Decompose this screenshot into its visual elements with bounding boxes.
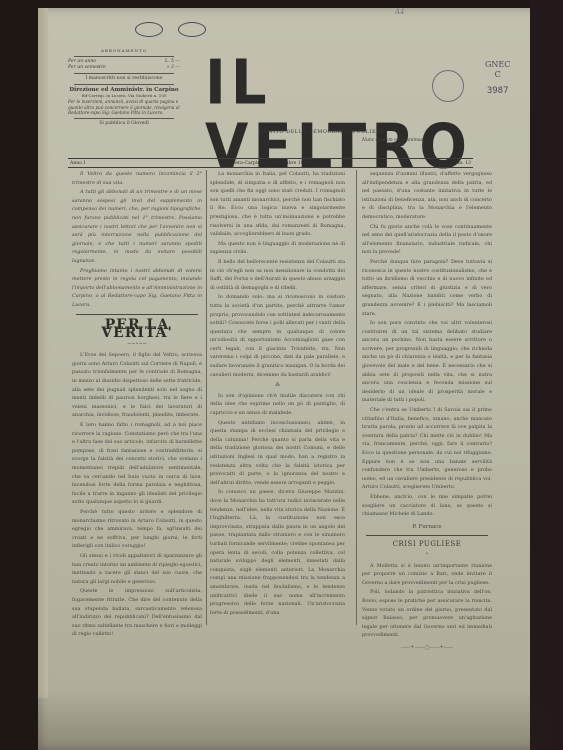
page-fold: [38, 8, 48, 698]
article-paragraph: Questo antidiano inconclusionato, ahimè,…: [210, 419, 345, 488]
place-date: Lucera-Carpino 13 Settembre 1888: [227, 161, 310, 166]
article-signature: P. Furnace: [362, 523, 492, 532]
manuscripts-note: I manoscritti non si restituiscono: [68, 76, 180, 82]
article-paragraph: Perchè dunque fare paragoni? Deve tuttav…: [362, 258, 492, 318]
page-shadow: [38, 690, 546, 750]
article-paragraph: Ebbene, anch'io, con le mie simpatie pot…: [362, 493, 492, 519]
article-paragraph: Io son d'opinione ch'è inutile discutere…: [210, 392, 345, 418]
notice-paragraph: Il Veltro da questo numero incomincia il…: [72, 170, 202, 187]
article-paragraph: Io conosco un paese, diceva Giuseppe Maz…: [210, 488, 345, 617]
library-stamp-icon: [135, 22, 163, 37]
masthead-subtitle: MONITO DELLA DEMOCRAZIA PUGLIESE: [258, 129, 384, 135]
catalog-code: GNEC: [485, 60, 510, 70]
article-paragraph: La monarchia in Italia, pel Colautti, ha…: [210, 170, 345, 239]
scan-background-edge: [530, 0, 563, 750]
end-ornament-icon: ⸺•⸺○⸺•⸺: [362, 644, 492, 653]
divider: [74, 84, 174, 85]
article-paragraph: Poli, lodando la patriottica iniziativa …: [362, 588, 492, 640]
ornament-icon: •: [362, 550, 492, 559]
divider: [76, 314, 198, 315]
article-headline: PER LA VERITA': [72, 321, 202, 338]
advertising-instructions: Per le inserzioni, annunzii, avvisi di q…: [68, 99, 180, 116]
column-rule: [206, 170, 207, 625]
article-paragraph: Perchè tutto questo ardore e splendore d…: [72, 508, 202, 551]
article-paragraph: L'Eroe del Sepoero, il figlio del Veltro…: [72, 351, 202, 420]
subscription-box: ABBONAMENTO Per un anno L. 5 — Per un se…: [68, 48, 180, 127]
article-paragraph: Io son pure convinto che voi altri volen…: [362, 319, 492, 405]
divider: [74, 118, 174, 119]
subscription-label: Per un semestre: [68, 65, 106, 71]
article-paragraph: Ma questo non è linguaggio di moderazion…: [210, 240, 345, 257]
postmark-stamp-icon: [432, 70, 464, 102]
library-stamp-icon: [178, 22, 206, 37]
divider: [74, 56, 174, 57]
masthead-motto: Nunc demum redit animus!... TACITO: [362, 138, 429, 148]
divider: [366, 535, 488, 536]
divider: [74, 73, 174, 74]
notice-paragraph: Preghiamo intanto i nostri abbonati di v…: [72, 267, 202, 310]
motto-author: TACITO: [362, 143, 429, 148]
ornament-icon: ~~•~~: [72, 340, 202, 349]
article-paragraph: Il bello del bellorecente resistenza del…: [210, 258, 345, 292]
notice-paragraph: A tutti gli abbonati di un trimestre e d…: [72, 188, 202, 265]
article-paragraph: Chi fu giorio anche colà le cose continu…: [362, 223, 492, 257]
asterism-icon: ⁂: [210, 381, 345, 390]
subscription-row: Per un semestre » 3 —: [68, 65, 180, 71]
catalog-letter: C: [485, 70, 510, 80]
volume-year: Anno I: [70, 161, 85, 166]
article-paragraph: Io domando solo: ma si riconoscono in co…: [210, 293, 345, 379]
article-paragraph: E loro hanno fatto i romagnoli, ad a noi…: [72, 421, 202, 507]
article-paragraph: sequenza d'uomini illustri, d'affetto ve…: [362, 170, 492, 222]
column-rule: [356, 170, 357, 625]
article-paragraph: Queste le impressioni sull'articolista, …: [72, 587, 202, 639]
subscription-price: » 3 —: [167, 65, 180, 71]
article-paragraph: Gli stessi e i rivoli appaltatori di spa…: [72, 552, 202, 586]
pencil-annotation: A4: [395, 8, 405, 16]
section-title: CRISI PUGLIESE: [362, 540, 492, 549]
column-2: La monarchia in Italia, pel Colautti, ha…: [210, 170, 345, 618]
article-paragraph: Che c'entra se Umberto I di Savoia sia i…: [362, 406, 492, 492]
publication-schedule: Si pubblica il Giovedì: [68, 121, 180, 127]
column-1: Il Veltro da questo numero incomincia il…: [72, 170, 202, 640]
catalog-number: 3987: [485, 86, 510, 96]
article-paragraph: A Molfetta si è tenuto un'importante riu…: [362, 562, 492, 588]
issue-number: Num. 13: [451, 161, 471, 166]
column-3: sequenza d'uomini illustri, d'affetto ve…: [362, 170, 492, 652]
dateline: Anno I Lucera-Carpino 13 Settembre 1888 …: [68, 158, 473, 168]
subscription-title: ABBONAMENTO: [68, 48, 180, 54]
catalog-stamp: GNEC C 3987: [485, 60, 510, 96]
